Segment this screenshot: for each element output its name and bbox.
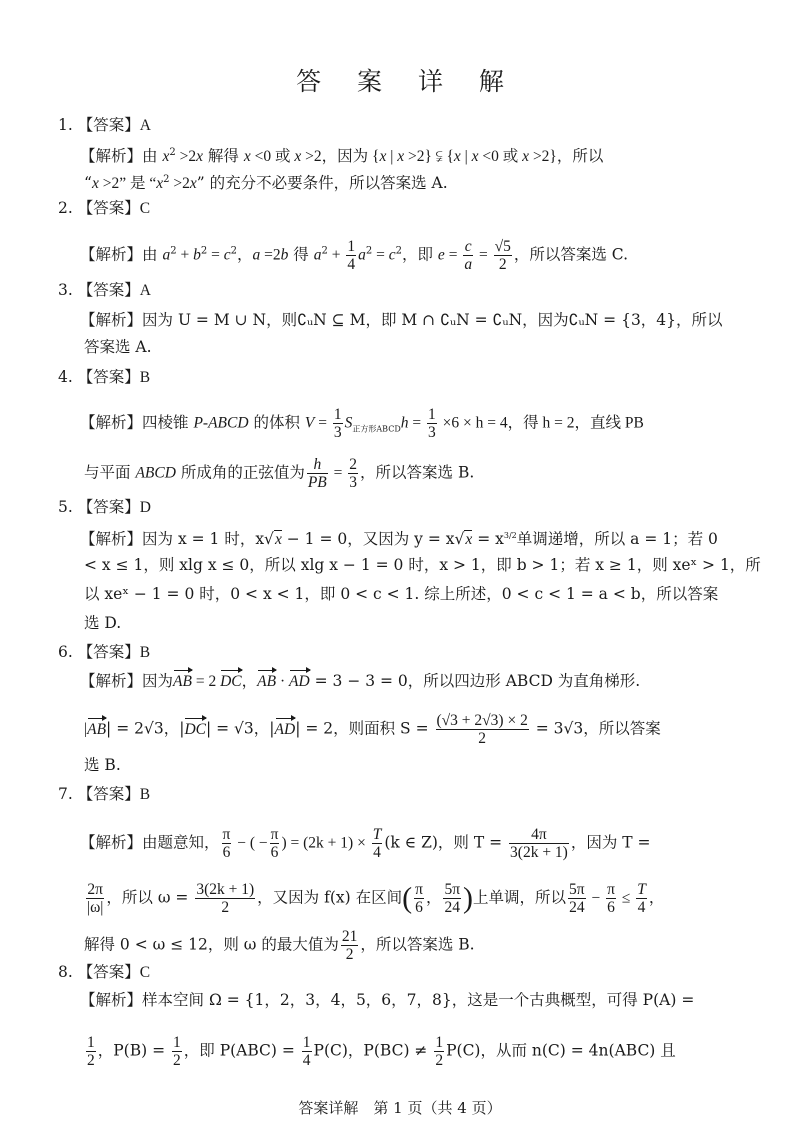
math: + <box>328 247 345 264</box>
numerator: 1 <box>302 1034 312 1052</box>
text: ，所以答案选 B. <box>360 464 474 482</box>
math: c <box>389 247 396 264</box>
math: P-ABCD <box>193 415 248 432</box>
page-footer: 答案详解 第 1 页（共 4 页） <box>0 1097 800 1118</box>
fraction: hPB <box>307 456 328 491</box>
text: ≤ <box>618 890 634 907</box>
fraction: √52 <box>494 238 512 273</box>
analysis-label: 【解析】 <box>80 672 142 690</box>
denominator: 2 <box>436 730 529 747</box>
answer-value: B <box>140 786 150 803</box>
question-number: 2. <box>58 199 73 217</box>
math: x <box>92 175 99 192</box>
denominator: 4 <box>302 1052 312 1069</box>
text: ， <box>237 246 253 264</box>
text: (k ∈ Z)，则 T = <box>384 834 507 852</box>
text: 选 D. <box>84 614 121 632</box>
analysis-label: 【解析】 <box>80 311 142 329</box>
answer-value: B <box>140 644 150 661</box>
question-1-analysis-line-1: 【解析】由 x2 >2x 解得 x <0 或 x >2，因为 {x | x >2… <box>80 143 603 167</box>
fraction: 14 <box>302 1034 312 1069</box>
text: >2 <box>169 175 189 192</box>
vector-dc: DC <box>184 720 206 740</box>
fraction: π6 <box>414 881 424 916</box>
question-2-answer: 2. 【答案】C <box>58 198 150 219</box>
text: ×6 × h = 4，得 h = 2，直线 PB <box>439 415 644 432</box>
fraction: π6 <box>222 826 232 861</box>
math: e <box>438 247 445 264</box>
numerator: 1 <box>86 1034 96 1052</box>
answer-label: 【答案】 <box>78 199 140 217</box>
text: | <box>386 148 397 165</box>
text: =2 <box>260 247 280 264</box>
question-5-analysis-line-4: 选 D. <box>84 613 121 633</box>
numerator: 2π <box>86 881 104 899</box>
math: = <box>372 247 389 264</box>
text: 因为 x = 1 时，x√ <box>142 530 274 548</box>
fraction: T4 <box>636 881 647 916</box>
text: | = 2√3，| <box>106 720 184 738</box>
fraction: π6 <box>270 826 280 861</box>
text: ，所以答案选 B. <box>360 936 474 954</box>
text: 四棱锥 <box>142 414 193 432</box>
text: · <box>276 673 289 690</box>
text: 得 <box>288 246 313 264</box>
text: = (2k + 1) × <box>287 835 370 852</box>
denominator: 6 <box>270 844 280 861</box>
text: ，所以 ω = <box>106 889 193 907</box>
math: x <box>472 148 479 165</box>
math: x <box>196 148 203 165</box>
math: ABCD <box>135 465 175 482</box>
analysis-label: 【解析】 <box>80 991 142 1009</box>
question-3-analysis-line-1: 【解析】因为 U = M ∪ N，则∁ᵤN ⊆ M，即 M ∩ ∁ᵤN = ∁ᵤ… <box>80 310 723 330</box>
numerator: (√3 + 2√3) × 2 <box>436 712 529 730</box>
question-6-analysis-line-1: 【解析】因为AB = 2 DC，AB · AD = 3 − 3 = 0，所以四边… <box>80 671 640 692</box>
text: <0 或 <box>479 148 523 165</box>
text: ，所以答案选 C. <box>514 246 628 264</box>
question-6-analysis-line-3: 选 B. <box>84 755 121 775</box>
numerator: √5 <box>494 238 512 256</box>
denominator: 2 <box>341 946 359 963</box>
text: ，P(B) = <box>98 1042 170 1060</box>
text: − <box>588 890 605 907</box>
text: < x ≤ 1，则 xlg x ≤ 0，所以 xlg x − 1 = 0 时，x… <box>84 556 761 574</box>
denominator: |ω| <box>86 899 104 916</box>
analysis-label: 【解析】 <box>80 834 142 852</box>
question-4-analysis-line-1: 【解析】四棱锥 P-ABCD 的体积 V = 13S正方形ABCDh = 13 … <box>80 406 644 441</box>
question-5-analysis-line-1: 【解析】因为 x = 1 时，x√x − 1 = 0，又因为 y = x√x =… <box>80 526 718 550</box>
question-7-analysis-line-2: 2π|ω|，所以 ω = 3(2k + 1)2，又因为 f(x) 在区间(π6，… <box>84 881 664 916</box>
numerator: 5π <box>443 881 461 899</box>
math: ( <box>402 882 412 915</box>
text: 由 <box>142 246 162 264</box>
text: <0 或 <box>251 148 295 165</box>
fraction: 23 <box>348 456 358 491</box>
analysis-label: 【解析】 <box>80 414 142 432</box>
text: 答案选 A. <box>84 338 152 356</box>
answer-value: B <box>140 369 150 386</box>
math: = <box>330 465 347 482</box>
fraction: 4π3(2k + 1) <box>509 826 569 861</box>
question-1-answer: 1. 【答案】A <box>58 115 151 136</box>
numerator: 1 <box>346 238 356 256</box>
vector-ab: AB <box>87 720 106 740</box>
question-3-analysis-line-2: 答案选 A. <box>84 337 152 357</box>
document-title: 答 案 详 解 <box>0 62 800 98</box>
text: 的体积 <box>249 414 305 432</box>
answer-label: 【答案】 <box>78 643 140 661</box>
question-7-analysis-line-3: 解得 0 < ω ≤ 12，则 ω 的最大值为212，所以答案选 B. <box>84 928 475 963</box>
numerator: π <box>414 881 424 899</box>
question-5-answer: 5. 【答案】D <box>58 497 151 518</box>
answer-value: D <box>140 499 151 516</box>
numerator: 1 <box>434 1034 444 1052</box>
math: = <box>475 247 492 264</box>
question-number: 8. <box>58 963 73 981</box>
denominator: 3 <box>427 424 437 441</box>
vector-ab: AB <box>257 672 276 692</box>
text: P(C)，P(BC) ≠ <box>314 1042 433 1060</box>
numerator: T <box>636 881 647 899</box>
fraction: π6 <box>606 881 616 916</box>
text: >2” 是 “ <box>99 175 156 192</box>
text: ， <box>242 672 258 690</box>
numerator: π <box>270 826 280 844</box>
math: x <box>244 148 251 165</box>
denominator: 6 <box>606 899 616 916</box>
question-7-analysis-line-1: 【解析】由题意知，π6 − ( −π6) = (2k + 1) × T4(k ∈… <box>80 826 651 861</box>
text: 由 <box>142 147 162 165</box>
numerator: 21 <box>341 928 359 946</box>
math: b <box>193 247 201 264</box>
vector-ab: AB <box>173 672 192 692</box>
text: 样本空间 Ω = {1，2，3，4，5，6，7，8}，这是一个古典概型，可得 P… <box>142 991 694 1009</box>
question-2-analysis-line-1: 【解析】由 a2 + b2 = c2，a =2b 得 a2 + 14a2 = c… <box>80 238 628 273</box>
text: >2}，所以 <box>529 148 603 165</box>
denominator: 4 <box>372 844 383 861</box>
text: 因为 <box>142 672 173 690</box>
denominator: 2 <box>172 1052 182 1069</box>
numerator: 3(2k + 1) <box>195 881 255 899</box>
text: 单调递增，所以 a = 1；若 0 <box>517 530 718 548</box>
text: ” 的充分不必要条件，所以答案选 A. <box>197 174 448 192</box>
answer-value: C <box>140 964 150 981</box>
numerator: π <box>606 881 616 899</box>
fraction: 13 <box>427 406 437 441</box>
question-7-answer: 7. 【答案】B <box>58 784 150 805</box>
numerator: 1 <box>333 406 343 424</box>
denominator: 2 <box>86 1052 96 1069</box>
denominator: 4 <box>636 899 647 916</box>
numerator: 1 <box>172 1034 182 1052</box>
fraction: 12 <box>86 1034 96 1069</box>
answer-label: 【答案】 <box>78 785 140 803</box>
fraction: ca <box>463 238 473 273</box>
text: = 3√3，所以答案 <box>531 720 661 738</box>
denominator: PB <box>307 474 328 491</box>
question-number: 4. <box>58 368 73 386</box>
numerator: 5π <box>568 881 586 899</box>
text: = 2 <box>192 673 220 690</box>
text: >2，因为 { <box>301 148 379 165</box>
question-number: 1. <box>58 116 73 134</box>
denominator: 6 <box>414 899 424 916</box>
answer-label: 【答案】 <box>78 963 140 981</box>
analysis-label: 【解析】 <box>80 246 142 264</box>
text: 以 xeˣ − 1 = 0 时，0 < x < 1，即 0 < c < 1. 综… <box>84 585 718 603</box>
text: “ <box>84 174 92 192</box>
math: ， <box>426 889 442 907</box>
fraction: 212 <box>341 928 359 963</box>
denominator: 3 <box>348 474 358 491</box>
question-5-analysis-line-2: < x ≤ 1，则 xlg x ≤ 0，所以 xlg x − 1 = 0 时，x… <box>84 555 761 575</box>
denominator: 2 <box>494 256 512 273</box>
vector-ad: AD <box>289 672 310 692</box>
denominator: 6 <box>222 844 232 861</box>
answer-label: 【答案】 <box>78 116 140 134</box>
fraction: 13 <box>333 406 343 441</box>
question-6-analysis-line-2: |AB| = 2√3，|DC| = √3，|AD| = 2，则面积 S = (√… <box>84 712 661 747</box>
numerator: T <box>372 826 383 844</box>
question-number: 6. <box>58 643 73 661</box>
fraction: 5π24 <box>443 881 461 916</box>
analysis-label: 【解析】 <box>80 530 142 548</box>
math: + <box>177 247 194 264</box>
question-4-analysis-line-2: 与平面 ABCD 所成角的正弦值为hPB = 23，所以答案选 B. <box>84 456 474 491</box>
denominator: 24 <box>443 899 461 916</box>
question-6-answer: 6. 【答案】B <box>58 642 150 663</box>
text: 解得 0 < ω ≤ 12，则 ω 的最大值为 <box>84 936 339 954</box>
question-number: 3. <box>58 281 73 299</box>
text: 解得 <box>203 147 244 165</box>
math: ) <box>463 882 473 915</box>
denominator: 2 <box>195 899 255 916</box>
text: ，即 <box>402 246 438 264</box>
question-number: 7. <box>58 785 73 803</box>
math: = <box>445 247 462 264</box>
text: P(C)，从而 n(C) = 4n(ABC) 且 <box>446 1042 676 1060</box>
answer-value: A <box>140 282 151 299</box>
fraction: 3(2k + 1)2 <box>195 881 255 916</box>
fraction: T4 <box>372 826 383 861</box>
question-5-analysis-line-3: 以 xeˣ − 1 = 0 时，0 < x < 1，即 0 < c < 1. 综… <box>84 584 718 604</box>
vector-dc: DC <box>220 672 242 692</box>
analysis-label: 【解析】 <box>80 147 142 165</box>
text: >2} ⫋ { <box>404 148 454 165</box>
text: ，因为 T = <box>571 834 651 852</box>
math: x <box>454 148 461 165</box>
math: x <box>190 175 197 192</box>
math: − ( − <box>233 835 267 852</box>
denominator: 2 <box>434 1052 444 1069</box>
math: = <box>314 415 331 432</box>
text: | = 2，则面积 S = <box>295 720 433 738</box>
numerator: 4π <box>509 826 569 844</box>
text: 由题意知， <box>142 834 220 852</box>
denominator: 3(2k + 1) <box>509 844 569 861</box>
question-4-answer: 4. 【答案】B <box>58 367 150 388</box>
subscript: 正方形ABCD <box>352 425 400 434</box>
fraction: 14 <box>346 238 356 273</box>
denominator: 24 <box>568 899 586 916</box>
numerator: h <box>307 456 328 474</box>
text: 所成角的正弦值为 <box>176 464 305 482</box>
math: = <box>207 247 224 264</box>
math: = <box>408 415 425 432</box>
question-8-analysis-line-2: 12，P(B) = 12，即 P(ABC) = 14P(C)，P(BC) ≠ 1… <box>84 1034 676 1069</box>
text: ， <box>649 889 665 907</box>
question-8-analysis-line-1: 【解析】样本空间 Ω = {1，2，3，4，5，6，7，8}，这是一个古典概型，… <box>80 990 694 1010</box>
answer-value: C <box>140 200 150 217</box>
math: c <box>224 247 231 264</box>
question-number: 5. <box>58 498 73 516</box>
exponent: 3/2 <box>504 531 517 540</box>
answer-label: 【答案】 <box>78 368 140 386</box>
text: ，即 P(ABC) = <box>184 1042 300 1060</box>
math: a <box>358 247 366 264</box>
text: 上单调，所以 <box>473 889 566 907</box>
text: | <box>461 148 472 165</box>
answer-label: 【答案】 <box>78 498 140 516</box>
denominator: 3 <box>333 424 343 441</box>
fraction: 2π|ω| <box>86 881 104 916</box>
fraction: (√3 + 2√3) × 22 <box>436 712 529 747</box>
numerator: c <box>463 238 473 256</box>
vector-ad: AD <box>275 720 296 740</box>
text: − 1 = 0，又因为 y = x√ <box>282 530 465 548</box>
answer-label: 【答案】 <box>78 281 140 299</box>
math: x <box>274 530 282 548</box>
question-8-answer: 8. 【答案】C <box>58 962 150 983</box>
text: = x <box>472 530 504 548</box>
numerator: π <box>222 826 232 844</box>
text: 与平面 <box>84 464 135 482</box>
text: >2 <box>176 148 196 165</box>
question-3-answer: 3. 【答案】A <box>58 280 151 301</box>
text: = 3 − 3 = 0，所以四边形 ABCD 为直角梯形. <box>310 672 641 690</box>
question-1-analysis-line-2: “x >2” 是 “x2 >2x” 的充分不必要条件，所以答案选 A. <box>84 170 448 194</box>
numerator: 1 <box>427 406 437 424</box>
text: | = √3，| <box>206 720 275 738</box>
math: V <box>305 415 314 432</box>
text: ，又因为 f(x) 在区间 <box>257 889 402 907</box>
text: 选 B. <box>84 756 121 774</box>
text: 因为 U = M ∪ N，则∁ᵤN ⊆ M，即 M ∩ ∁ᵤN = ∁ᵤN，因为… <box>142 311 723 329</box>
denominator: 4 <box>346 256 356 273</box>
answer-value: A <box>140 117 151 134</box>
fraction: 12 <box>172 1034 182 1069</box>
denominator: a <box>463 256 473 273</box>
fraction: 12 <box>434 1034 444 1069</box>
numerator: 2 <box>348 456 358 474</box>
fraction: 5π24 <box>568 881 586 916</box>
